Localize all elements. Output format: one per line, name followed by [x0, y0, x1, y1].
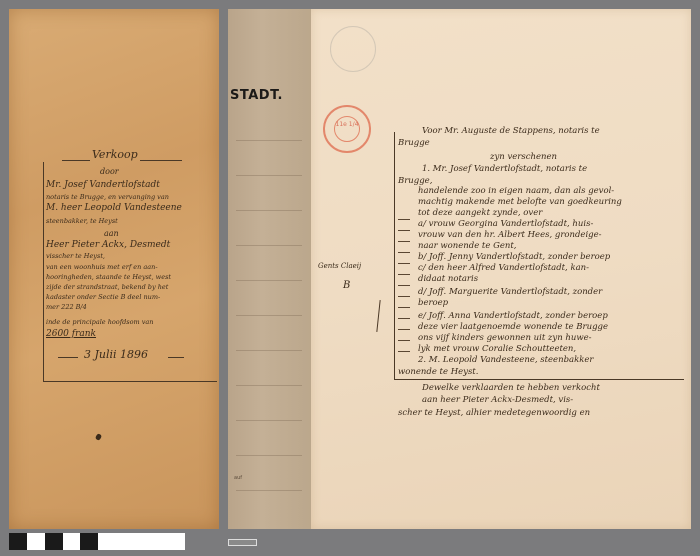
- margin-initial: B: [343, 280, 350, 291]
- folder-line: [236, 245, 302, 246]
- red-stamp-value: 11e 1/4: [334, 116, 360, 142]
- left-doc-line: notaris te Brugge, en vervanging van: [46, 193, 169, 201]
- line-dash: [398, 307, 410, 308]
- right-bottom-rule: [394, 379, 684, 380]
- deed-line: Dewelke verklaarden te hebben verkocht: [422, 383, 600, 393]
- deed-line: ons vijf kinders gewonnen uit zyn huwe-: [418, 333, 592, 343]
- folder-line: [236, 140, 302, 141]
- color-scale-bar: [9, 533, 185, 550]
- deed-line: naar wonende te Gent,: [418, 241, 516, 251]
- folder-small-label: auf: [234, 475, 242, 481]
- folder-line: [236, 455, 302, 456]
- line-dash: [398, 340, 410, 341]
- line-dash: [398, 296, 410, 297]
- date-dash-right: [168, 357, 184, 358]
- left-doc-line: aan: [104, 229, 119, 238]
- left-doc-line: mer 222 B/4: [46, 303, 87, 311]
- deed-line: e/ Joff. Anna Vandertlofstadt, zonder be…: [418, 311, 608, 321]
- deed-line: deze vier laatgenoemde wonende te Brugge: [418, 322, 608, 332]
- folder-line: [236, 280, 302, 281]
- left-doc-line: van een woonhuis met erf en aan-: [46, 263, 158, 271]
- deed-line: vrouw van den hr. Albert Hees, grondeige…: [418, 230, 602, 240]
- left-doc-line: inde de principale hoofdsom van: [46, 318, 154, 326]
- deed-line: zyn verschenen: [490, 152, 557, 162]
- folder-title-fragment: STADT.: [230, 88, 283, 103]
- scale-segment: [27, 533, 45, 550]
- left-bottom-rule: [43, 381, 217, 382]
- deed-line: d/ Joff. Marguerite Vandertlofstadt, zon…: [418, 287, 602, 297]
- left-doc-line: hooringheden, staande te Heyst, west: [46, 273, 171, 281]
- title-dash-left: [62, 160, 90, 161]
- deed-line: scher te Heyst, alhier medetegenwoordig …: [398, 408, 590, 418]
- scale-segment: [98, 533, 185, 550]
- deed-line: wonende te Heyst.: [398, 367, 478, 377]
- line-dash: [398, 219, 410, 220]
- red-tax-stamp: 11e 1/4: [323, 105, 371, 153]
- deed-line: aan heer Pieter Ackx-Desmedt, vis-: [422, 395, 573, 405]
- left-doc-line: door: [100, 167, 119, 176]
- folder-line: [236, 210, 302, 211]
- folder-line: [236, 315, 302, 316]
- deed-line: a/ vrouw Georgina Vandertlofstadt, huis-: [418, 219, 593, 229]
- deed-line: Brugge,: [398, 176, 432, 186]
- scale-segment: [80, 533, 98, 550]
- price-amount: 2600 frank: [46, 329, 96, 339]
- scale-segment: [9, 533, 27, 550]
- line-dash: [398, 318, 410, 319]
- deed-line: Voor Mr. Auguste de Stappens, notaris te: [422, 126, 600, 136]
- folder-line: [236, 385, 302, 386]
- folder-line: [236, 175, 302, 176]
- folder-line: [236, 350, 302, 351]
- left-doc-title: Verkoop: [92, 148, 138, 161]
- line-dash: [398, 351, 410, 352]
- deed-line: didaat notaris: [418, 274, 478, 284]
- left-doc-line: steenbakker, te Heyst: [46, 217, 118, 225]
- right-margin-rule: [394, 132, 395, 380]
- folder-line: [236, 420, 302, 421]
- left-doc-line: Heer Pieter Ackx, Desmedt: [46, 240, 170, 250]
- left-margin-rule: [43, 162, 44, 382]
- left-doc-line: zijde der strandstraat, bekend by het: [46, 283, 168, 291]
- line-dash: [398, 285, 410, 286]
- deed-line: tot deze aangekt zynde, over: [418, 208, 542, 218]
- line-dash: [398, 274, 410, 275]
- left-doc-date: 3 Julii 1896: [84, 348, 148, 361]
- deed-line: b/ Joff. Jenny Vandertlofstadt, zonder b…: [418, 252, 610, 262]
- deed-line: handelende zoo in eigen naam, dan als ge…: [418, 186, 614, 196]
- deed-line: 1. Mr. Josef Vandertlofstadt, notaris te: [422, 164, 587, 174]
- deed-line: lyk met vrouw Coralie Schoutteeten,: [418, 344, 576, 354]
- line-dash: [398, 329, 410, 330]
- line-dash: [398, 263, 410, 264]
- deed-line: Brugge: [398, 138, 430, 148]
- title-dash-right: [140, 160, 182, 161]
- line-dash: [398, 252, 410, 253]
- folder-line: [236, 490, 302, 491]
- line-dash: [398, 230, 410, 231]
- left-doc-line: Mr. Josef Vandertlofstadt: [46, 180, 160, 190]
- scale-segment: [45, 533, 63, 550]
- deed-line: c/ den heer Alfred Vandertlofstadt, kan-: [418, 263, 589, 273]
- scale-segment: [63, 533, 80, 550]
- deed-line: beroep: [418, 298, 448, 308]
- deed-line: machtig makende met belofte van goedkeur…: [418, 197, 622, 207]
- left-doc-line: kadaster onder Sectie B deel num-: [46, 293, 160, 301]
- left-doc-line: visscher te Heyst,: [46, 252, 105, 260]
- line-dash: [398, 241, 410, 242]
- blind-embossed-seal: [330, 26, 376, 72]
- left-doc-line: M. heer Leopold Vandesteene: [46, 203, 182, 213]
- deed-line: 2. M. Leopold Vandesteene, steenbakker: [418, 355, 593, 365]
- date-dash-left: [58, 357, 78, 358]
- margin-note: Gents Claeij: [318, 262, 361, 270]
- middle-folder: [228, 9, 312, 529]
- scale-reference-mark: [228, 539, 257, 546]
